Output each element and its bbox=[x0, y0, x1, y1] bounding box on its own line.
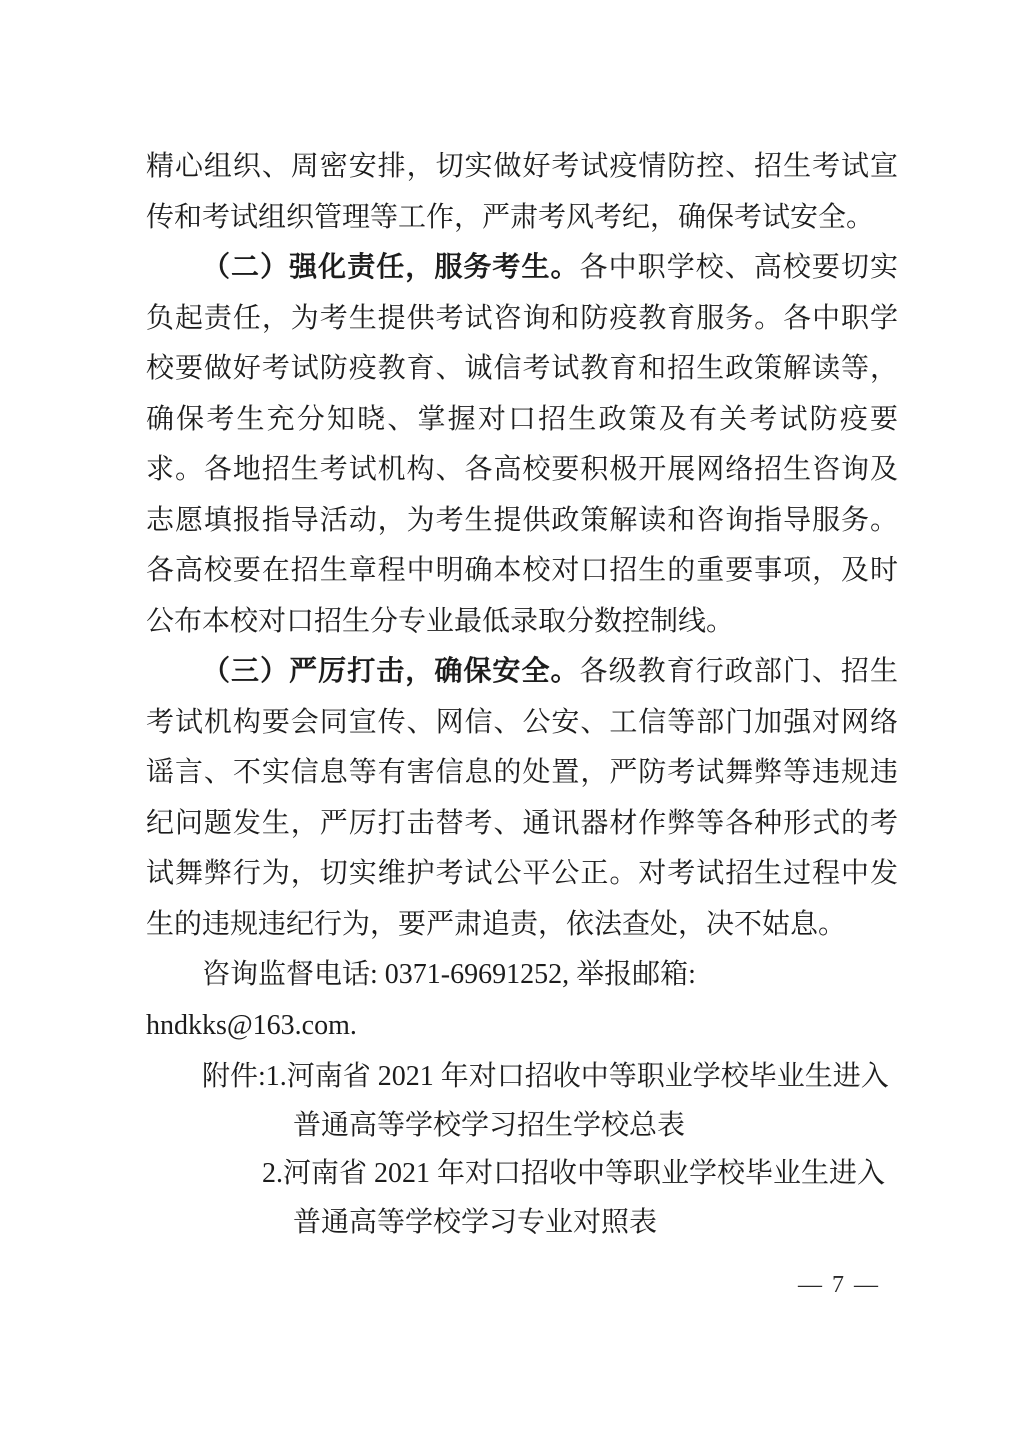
attachment-item-1: 附件:1.河南省 2021 年对口招收中等职业学校毕业生进入普通高等学校学习招生… bbox=[202, 1053, 902, 1150]
contact-text: 咨询监督电话: 0371-69691252, 举报邮箱: hndkks@163.… bbox=[146, 959, 696, 1041]
attachment-text-2: 河南省 2021 年对口招收中等职业学校毕业生进入普通高等学校学习专业对照表 bbox=[283, 1158, 885, 1238]
section-heading-2: （二）强化责任，服务考生。 bbox=[202, 252, 580, 283]
document-body: 精心组织、周密安排，切实做好考试疫情防控、招生考试宣传和考试组织管理等工作，严肃… bbox=[146, 142, 898, 1051]
paragraph-section-2: （二）强化责任，服务考生。各中职学校、高校要切实负起责任，为考生提供考试咨询和防… bbox=[146, 243, 898, 647]
contact-line: 咨询监督电话: 0371-69691252, 举报邮箱: hndkks@163.… bbox=[146, 950, 898, 1051]
document-page: 精心组织、周密安排，切实做好考试疫情防控、招生考试宣传和考试组织管理等工作，严肃… bbox=[0, 0, 1024, 1448]
paragraph-text: 各中职学校、高校要切实负起责任，为考生提供考试咨询和防疫教育服务。各中职学校要做… bbox=[146, 252, 898, 637]
page-number: — 7 — bbox=[798, 1272, 880, 1299]
attachment-item-2: 2.河南省 2021 年对口招收中等职业学校毕业生进入普通高等学校学习专业对照表 bbox=[202, 1150, 902, 1247]
attachments-label: 附件: bbox=[202, 1061, 266, 1092]
paragraph-text: 各级教育行政部门、招生考试机构要会同宣传、网信、公安、工信等部门加强对网络谣言、… bbox=[146, 656, 898, 940]
attachments-block: 附件:1.河南省 2021 年对口招收中等职业学校毕业生进入普通高等学校学习招生… bbox=[202, 1053, 902, 1247]
paragraph-section-3: （三）严厉打击，确保安全。各级教育行政部门、招生考试机构要会同宣传、网信、公安、… bbox=[146, 647, 898, 950]
attachment-number-1: 1. bbox=[266, 1061, 287, 1092]
paragraph-continuation: 精心组织、周密安排，切实做好考试疫情防控、招生考试宣传和考试组织管理等工作，严肃… bbox=[146, 142, 898, 243]
paragraph-text: 精心组织、周密安排，切实做好考试疫情防控、招生考试宣传和考试组织管理等工作，严肃… bbox=[146, 151, 898, 233]
attachment-text-1: 河南省 2021 年对口招收中等职业学校毕业生进入普通高等学校学习招生学校总表 bbox=[287, 1061, 889, 1141]
section-heading-3: （三）严厉打击，确保安全。 bbox=[202, 656, 580, 687]
attachment-number-2: 2. bbox=[262, 1158, 283, 1189]
